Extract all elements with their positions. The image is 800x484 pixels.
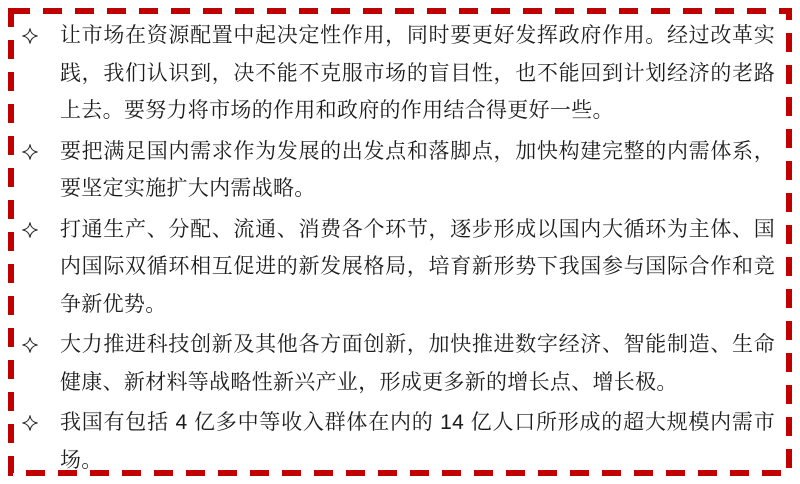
list-item: 要把满足国内需求作为发展的出发点和落脚点，加快构建完整的内需体系，要坚定实施扩大… [22,133,775,208]
slide-page: 让市场在资源配置中起决定性作用，同时要更好发挥政府作用。经过改革实践，我们认识到… [0,0,800,484]
list-item: 打通生产、分配、流通、消费各个环节，逐步形成以国内大循环为主体、国内国际双循环相… [22,211,775,324]
list-item-text: 让市场在资源配置中起决定性作用，同时要更好发挥政府作用。经过改革实践，我们认识到… [60,17,775,130]
list-item-text: 要把满足国内需求作为发展的出发点和落脚点，加快构建完整的内需体系，要坚定实施扩大… [60,133,775,208]
four-pointed-star-icon [22,326,60,353]
list-item: 我国有包括 4 亿多中等收入群体在内的 14 亿人口所形成的超大规模内需市场。 [22,404,775,479]
bullet-list: 让市场在资源配置中起决定性作用，同时要更好发挥政府作用。经过改革实践，我们认识到… [0,0,800,482]
four-pointed-star-icon [22,211,60,238]
four-pointed-star-icon [22,133,60,160]
list-item: 让市场在资源配置中起决定性作用，同时要更好发挥政府作用。经过改革实践，我们认识到… [22,17,775,130]
list-item-text: 我国有包括 4 亿多中等收入群体在内的 14 亿人口所形成的超大规模内需市场。 [60,404,775,479]
list-item-text: 打通生产、分配、流通、消费各个环节，逐步形成以国内大循环为主体、国内国际双循环相… [60,211,775,324]
four-pointed-star-icon [22,404,60,431]
list-item-text: 大力推进科技创新及其他各方面创新，加快推进数字经济、智能制造、生命健康、新材料等… [60,326,775,401]
four-pointed-star-icon [22,17,60,44]
list-item: 大力推进科技创新及其他各方面创新，加快推进数字经济、智能制造、生命健康、新材料等… [22,326,775,401]
